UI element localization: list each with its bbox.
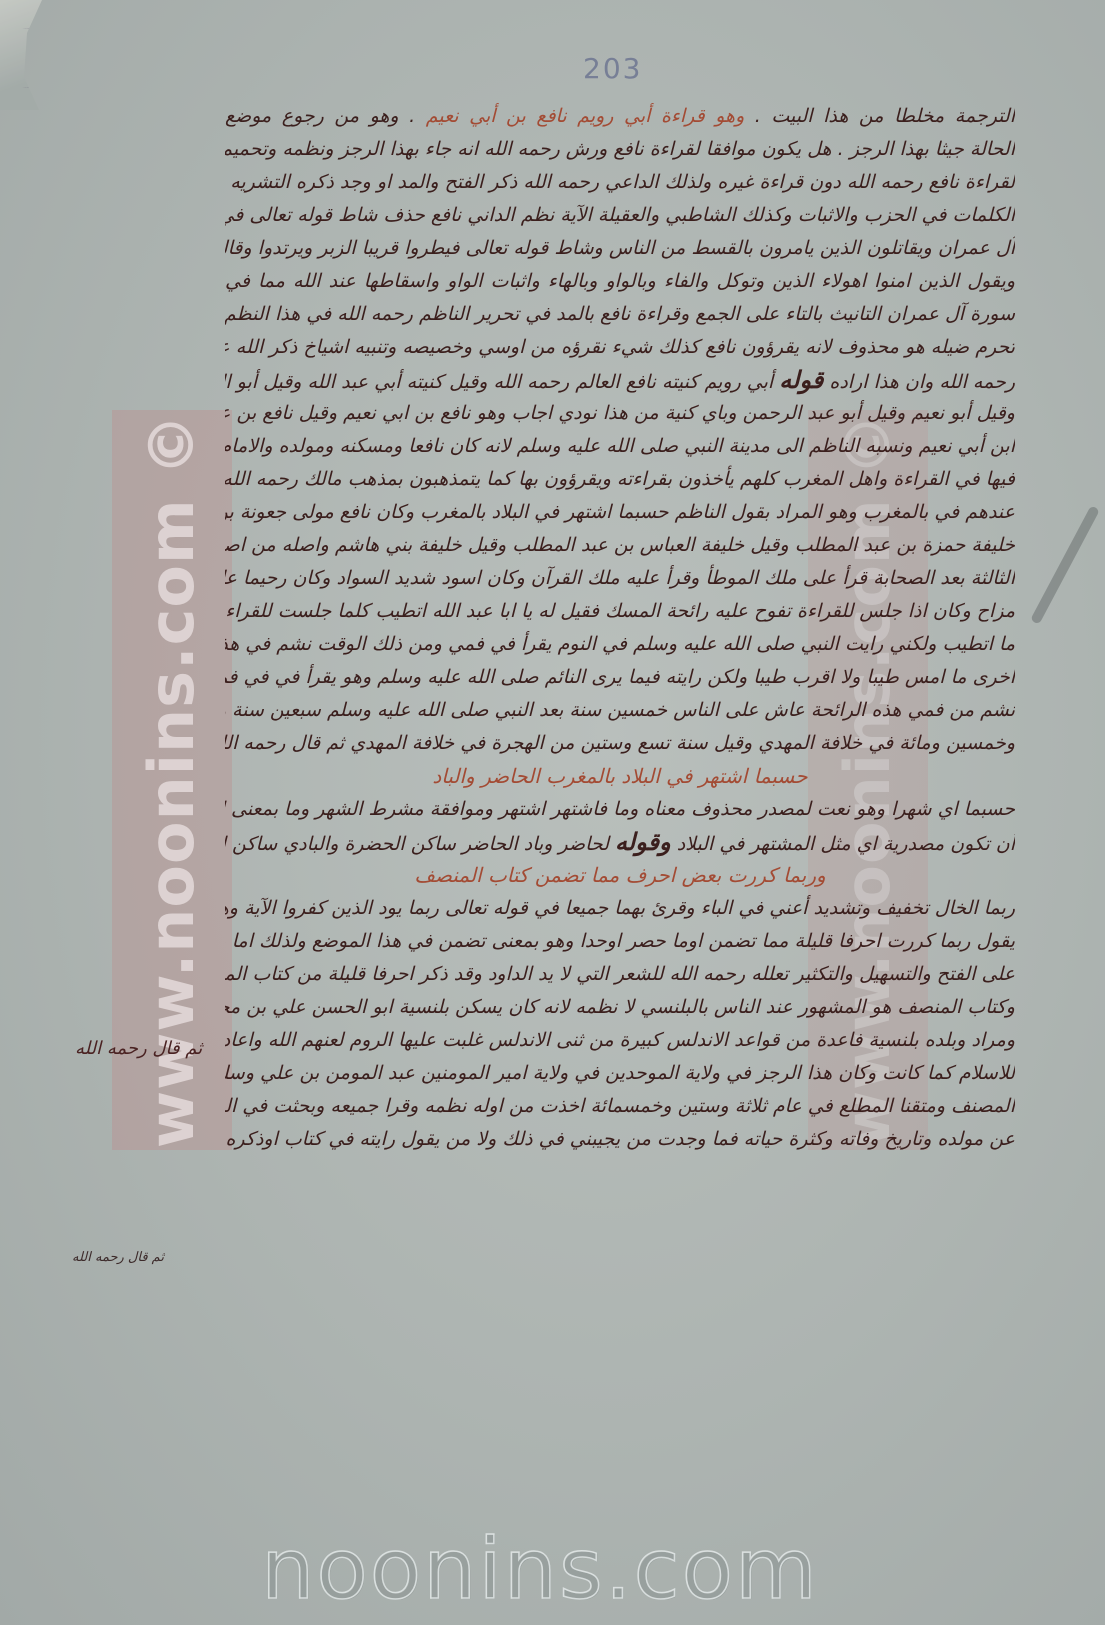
text-line: ربما الخال تخفيف وتشديد أعني في الباء وق…	[225, 892, 1015, 925]
text-line: اخرى ما امس طيبا ولا اقرب طيبا ولكن رايت…	[225, 661, 1015, 694]
text-line: وقيل أبو نعيم وقيل أبو عبد الرحمن وباي ك…	[225, 397, 1015, 430]
text-line: نشم من فمي هذه الرائحة عاش على الناس خمس…	[225, 694, 1015, 727]
text-line: وخمسين ومائة في خلافة المهدي وقيل سنة تس…	[225, 727, 1015, 760]
text-line: الثالثة بعد الصحابة قرأ على ملك الموطأ و…	[225, 562, 1015, 595]
text-fragment: الترجمة مخلطا من هذا البيت .	[755, 105, 1015, 127]
text-line: الحالة جيثا بهذا الرجز . هل يكون موافقا …	[225, 133, 1015, 166]
text-line: يقول ربما كررت احرفا قليلة مما تضمن اوما…	[225, 925, 1015, 958]
text-fragment: رحمه الله وان هذا اراده	[829, 371, 1015, 393]
text-line: ما اتطيب ولكني رايت النبي صلى الله عليه …	[225, 628, 1015, 661]
text-fragment: . وهو من رجوع موضع	[225, 105, 415, 127]
text-line: مزاح وكان اذا جلس للقراءة تفوح عليه رائح…	[225, 595, 1015, 628]
text-fragment: أبي رويم كنيته نافع العالم رحمه الله وقي…	[225, 371, 773, 393]
text-line: على الفتح والتسهيل والتكثير تعلله رحمه ا…	[225, 958, 1015, 991]
text-fragment: أن تكون مصدرية اي مثل المشتهر في البلاد	[677, 833, 1015, 855]
margin-note: ثم قال رحمه الله	[75, 1038, 202, 1059]
text-line: سورة آل عمران التانيث بالتاء على الجمع و…	[225, 298, 1015, 331]
text-line: ابن أبي نعيم ونسبه الناظم الى مدينة النب…	[225, 430, 1015, 463]
text-line: المصنف ومتقنا المطلع في عام ثلاثة وستين …	[225, 1090, 1015, 1123]
keyword-qawluhu: قوله	[779, 366, 823, 394]
rubric-heading: وربما كررت بعض احرف مما تضمن كتاب المنصف	[225, 859, 1015, 892]
keyword-qawluhu: وقوله	[615, 828, 671, 856]
torn-corner	[0, 0, 60, 110]
watermark-bottom: noonins.com	[240, 1520, 840, 1618]
manuscript-page: 203 www.noonins.com © www.noonins.com © …	[0, 0, 1105, 1625]
text-line: تحرم ضيله هو محذوف لانه يقرؤون نافع كذلك…	[225, 331, 1015, 364]
text-line: للاسلام كما كانت وكان هذا الرجز في ولاية…	[225, 1057, 1015, 1090]
text-line: عن مولده وتاريخ وفاته وكثرة حياته فما وج…	[225, 1123, 1015, 1156]
text-line: رحمه الله وان هذا اراده قوله أبي رويم كن…	[225, 364, 1015, 397]
text-fragment: لحاضر وباد الحاضر ساكن الحضرة والبادي سا…	[225, 833, 609, 855]
edge-stain	[1030, 505, 1100, 624]
text-line: الكلمات في الحزب والاثبات وكذلك الشاطبي …	[225, 199, 1015, 232]
folio-number: 203	[583, 52, 642, 85]
text-line: ويقول الذين امنوا اهولاء الذين وتوكل وال…	[225, 265, 1015, 298]
manuscript-text: الترجمة مخلطا من هذا البيت . وهو قراءة أ…	[225, 100, 1015, 1156]
rubric-heading: حسبما اشتهر في البلاد بالمغرب الحاضر وال…	[225, 760, 1015, 793]
text-line: عندهم في بالمغرب وهو المراد بقول الناظم …	[225, 496, 1015, 529]
text-line: خليفة حمزة بن عبد المطلب وقيل خليفة العب…	[225, 529, 1015, 562]
text-line: لقراءة نافع رحمه الله دون قراءة غيره ولذ…	[225, 166, 1015, 199]
text-line: الترجمة مخلطا من هذا البيت . وهو قراءة أ…	[225, 100, 1015, 133]
text-line: حسبما اي شهرا وهو نعت لمصدر محذوف معناه …	[225, 793, 1015, 826]
text-line: ومراد وبلده بلنسية فاعدة من قواعد الاندل…	[225, 1024, 1015, 1057]
rubric-inline: وهو قراءة أبي رويم نافع بن أبي نعيم	[426, 105, 745, 127]
text-line: آل عمران ويقاتلون الذين يامرون بالقسط من…	[225, 232, 1015, 265]
text-line: وكتاب المنصف هو المشهور عند الناس بالبلن…	[225, 991, 1015, 1024]
text-line: فيها في القراءة واهل المغرب كلهم يأخذون …	[225, 463, 1015, 496]
text-line: أن تكون مصدرية اي مثل المشتهر في البلاد …	[225, 826, 1015, 859]
margin-note-secondary: ثم قال رحمه الله	[72, 1250, 164, 1265]
